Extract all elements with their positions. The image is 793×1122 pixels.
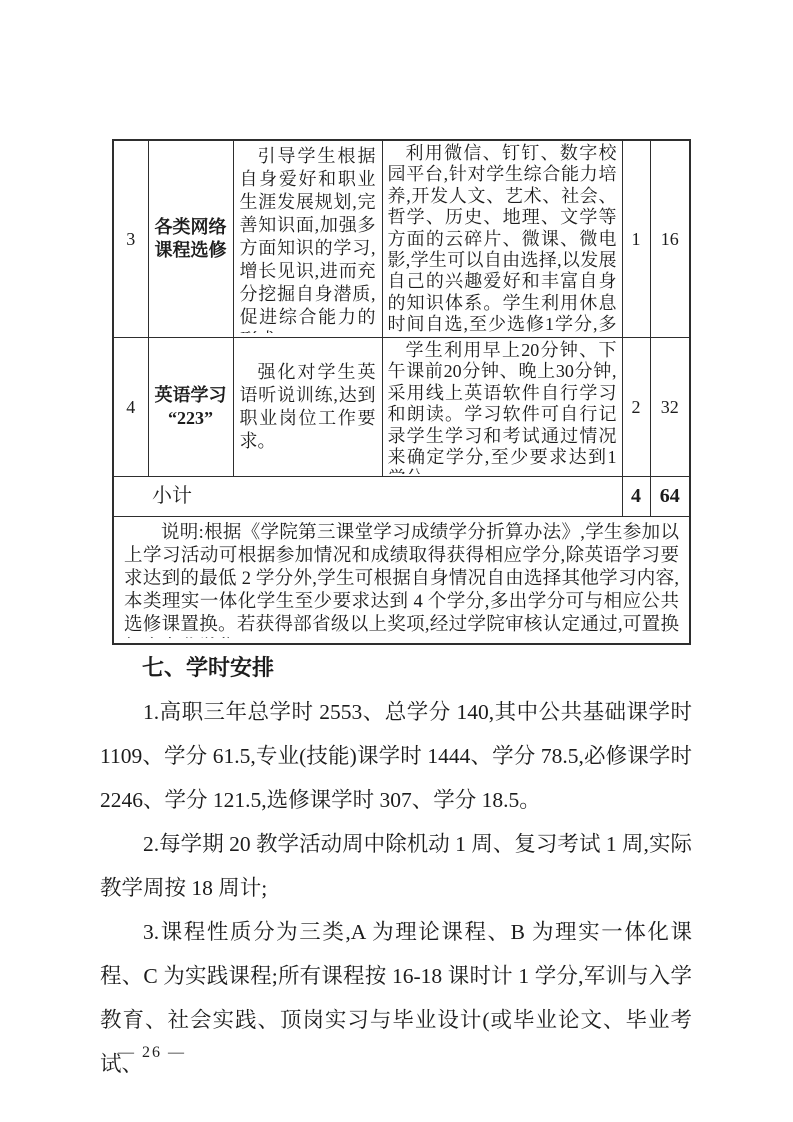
course-purpose-text: 引导学生根据自身爱好和职业生涯发展规划,完善知识面,加强多方面知识的学习,增长见… <box>240 145 376 333</box>
body-paragraph: 3.课程性质分为三类,A 为理论课程、B 为理实一体化课程、C 为实践课程;所有… <box>100 910 692 1086</box>
document-page: 3 各类网络 课程选修 引导学生根据自身爱好和职业生涯发展规划,完善知识面,加强… <box>0 0 793 1122</box>
table-note-cell: 说明:根据《学院第三课堂学习成绩学分折算办法》,学生参加以上学习活动可根据参加情… <box>113 517 690 645</box>
course-content-cell: 利用微信、钉钉、数字校园平台,针对学生综合能力培养,开发人文、艺术、社会、哲学、… <box>382 140 622 338</box>
hours-cell: 32 <box>650 338 690 477</box>
course-name-cell: 英语学习 “223” <box>148 338 233 477</box>
course-purpose-cell: 引导学生根据自身爱好和职业生涯发展规划,完善知识面,加强多方面知识的学习,增长见… <box>233 140 382 338</box>
subtotal-credits-cell: 4 <box>622 477 650 517</box>
course-purpose-cell: 强化对学生英语听说训练,达到职业岗位工作要求。 <box>233 338 382 477</box>
table-row: 3 各类网络 课程选修 引导学生根据自身爱好和职业生涯发展规划,完善知识面,加强… <box>113 140 690 338</box>
subtotal-row: 小计 4 64 <box>113 477 690 517</box>
note-row: 说明:根据《学院第三课堂学习成绩学分折算办法》,学生参加以上学习活动可根据参加情… <box>113 517 690 645</box>
credits-cell: 1 <box>622 140 650 338</box>
table-row: 4 英语学习 “223” 强化对学生英语听说训练,达到职业岗位工作要求。 学生利… <box>113 338 690 477</box>
credits-cell: 2 <box>622 338 650 477</box>
course-purpose-text: 强化对学生英语听说训练,达到职业岗位工作要求。 <box>240 361 376 453</box>
table-note-text: 说明:根据《学院第三课堂学习成绩学分折算办法》,学生参加以上学习活动可根据参加情… <box>124 522 679 638</box>
course-name-cell: 各类网络 课程选修 <box>148 140 233 338</box>
subtotal-label-cell: 小计 <box>113 477 622 517</box>
row-number-cell: 4 <box>113 338 148 477</box>
hours-cell: 16 <box>650 140 690 338</box>
section-heading: 七、学时安排 <box>100 646 692 690</box>
body-text-section: 七、学时安排 1.高职三年总学时 2553、总学分 140,其中公共基础课学时 … <box>100 646 692 1086</box>
course-content-text: 学生利用早上20分钟、下午课前20分钟、晚上30分钟,采用线上英语软件自行学习和… <box>388 340 617 474</box>
page-number: — 26 — <box>118 1044 186 1062</box>
subtotal-hours-cell: 64 <box>650 477 690 517</box>
body-paragraph: 2.每学期 20 教学活动周中除机动 1 周、复习考试 1 周,实际教学周按 1… <box>100 822 692 910</box>
course-content-text: 利用微信、钉钉、数字校园平台,针对学生综合能力培养,开发人文、艺术、社会、哲学、… <box>388 143 617 335</box>
body-paragraph: 1.高职三年总学时 2553、总学分 140,其中公共基础课学时 1109、学分… <box>100 690 692 822</box>
course-content-cell: 学生利用早上20分钟、下午课前20分钟、晚上30分钟,采用线上英语软件自行学习和… <box>382 338 622 477</box>
row-number-cell: 3 <box>113 140 148 338</box>
course-credit-table: 3 各类网络 课程选修 引导学生根据自身爱好和职业生涯发展规划,完善知识面,加强… <box>112 139 691 645</box>
